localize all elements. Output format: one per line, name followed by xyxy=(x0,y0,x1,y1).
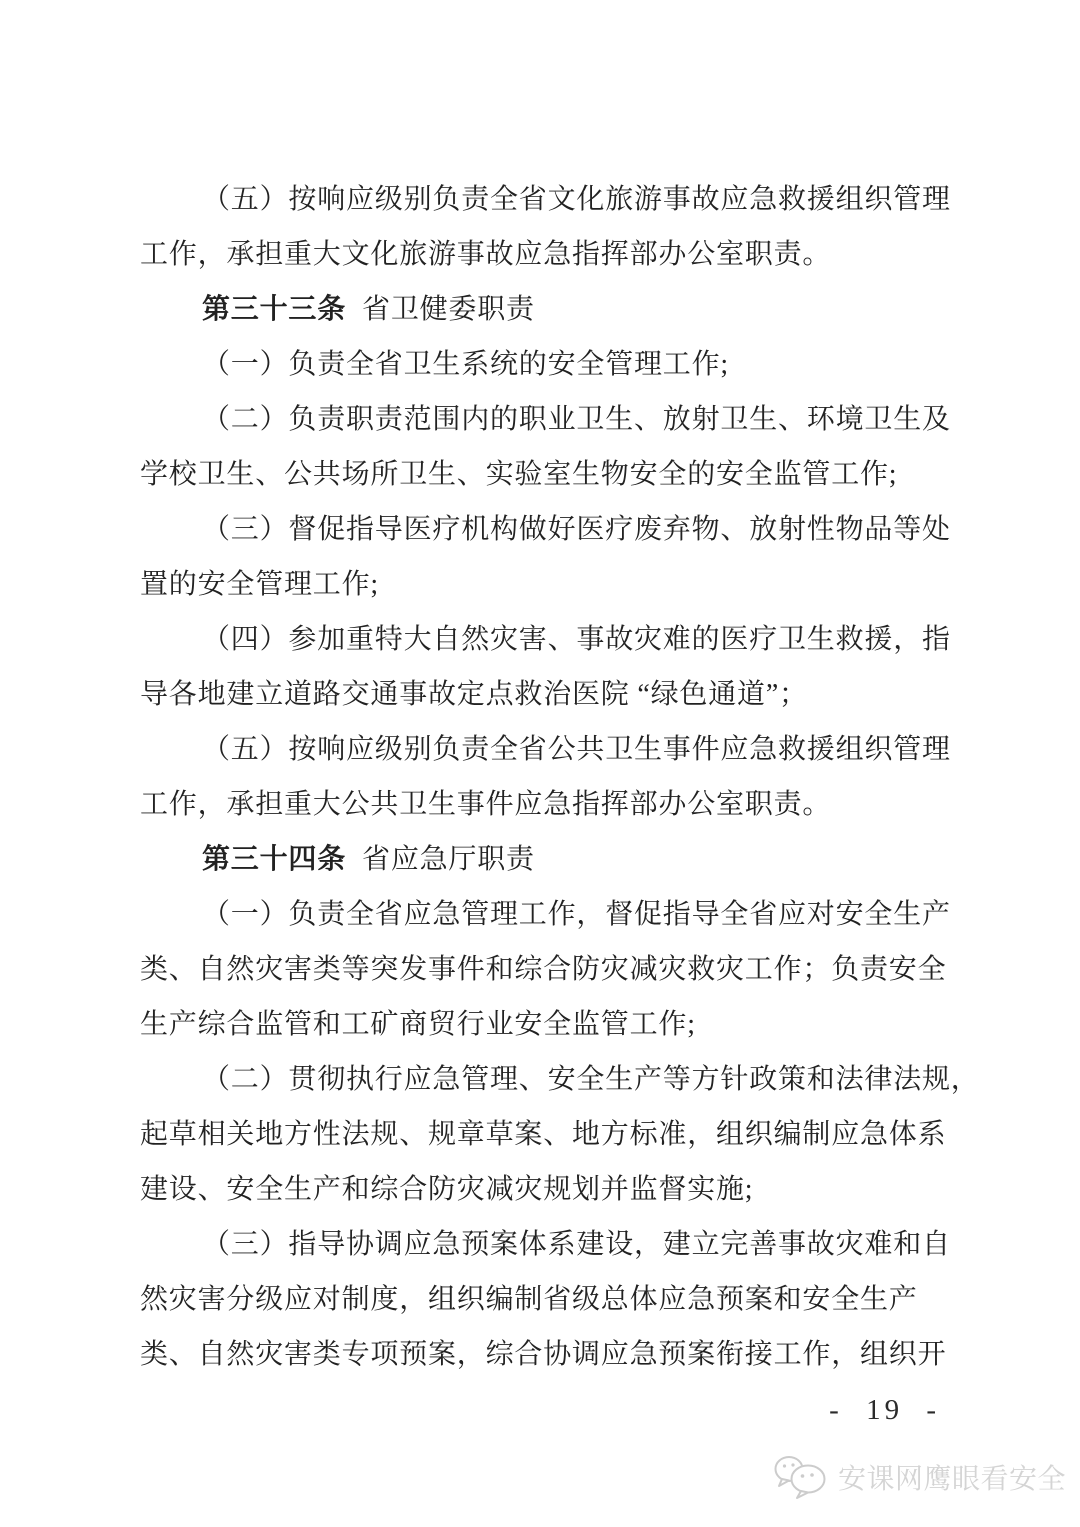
text-line: 建设、安全生产和综合防灾减灾规划并监督实施; xyxy=(140,1162,970,1217)
text-line: 导各地建立道路交通事故定点救治医院 “绿色通道”； xyxy=(140,667,970,722)
text-line: 起草相关地方性法规、规章草案、地方标准，组织编制应急体系 xyxy=(140,1107,970,1162)
text-line: 工作，承担重大文化旅游事故应急指挥部办公室职责。 xyxy=(140,227,970,282)
article-number: 第三十三条 xyxy=(202,294,346,325)
text-line: 生产综合监管和工矿商贸行业安全监管工作; xyxy=(140,997,970,1052)
document-page: （五）按响应级别负责全省文化旅游事故应急救援组织管理工作，承担重大文化旅游事故应… xyxy=(0,0,1080,1527)
text-line: （三）指导协调应急预案体系建设，建立完善事故灾难和自 xyxy=(140,1217,970,1272)
text-line: 然灾害分级应对制度，组织编制省级总体应急预案和安全生产 xyxy=(140,1272,970,1327)
article-title: 省应急厅职责 xyxy=(362,844,535,875)
text-line: （五）按响应级别负责全省文化旅游事故应急救援组织管理 xyxy=(140,172,970,227)
wechat-icon xyxy=(772,1450,830,1504)
text-line: （三）督促指导医疗机构做好医疗废弃物、放射性物品等处 xyxy=(140,502,970,557)
page-number: - 19 - xyxy=(829,1390,940,1430)
document-body: （五）按响应级别负责全省文化旅游事故应急救援组织管理工作，承担重大文化旅游事故应… xyxy=(140,172,970,1382)
text-line: （四）参加重特大自然灾害、事故灾难的医疗卫生救援，指 xyxy=(140,612,970,667)
text-line: 学校卫生、公共场所卫生、实验室生物安全的安全监管工作; xyxy=(140,447,970,502)
text-line: 工作，承担重大公共卫生事件应急指挥部办公室职责。 xyxy=(140,777,970,832)
text-line: 置的安全管理工作; xyxy=(140,557,970,612)
text-line: （一）负责全省应急管理工作，督促指导全省应对安全生产 xyxy=(140,887,970,942)
watermark-text: 安课网鹰眼看安全 xyxy=(838,1457,1066,1497)
text-line: （二）贯彻执行应急管理、安全生产等方针政策和法律法规， xyxy=(140,1052,970,1107)
text-line: 类、自然灾害类等突发事件和综合防灾减灾救灾工作；负责安全 xyxy=(140,942,970,997)
text-line: （二）负责职责范围内的职业卫生、放射卫生、环境卫生及 xyxy=(140,392,970,447)
article-heading: 第三十三条省卫健委职责 xyxy=(140,282,970,337)
article-heading: 第三十四条省应急厅职责 xyxy=(140,832,970,887)
article-title: 省卫健委职责 xyxy=(362,294,535,325)
text-line: 类、自然灾害类专项预案，综合协调应急预案衔接工作，组织开 xyxy=(140,1327,970,1382)
watermark: 安课网鹰眼看安全 xyxy=(772,1446,1066,1508)
article-number: 第三十四条 xyxy=(202,844,346,875)
text-line: （一）负责全省卫生系统的安全管理工作; xyxy=(140,337,970,392)
text-line: （五）按响应级别负责全省公共卫生事件应急救援组织管理 xyxy=(140,722,970,777)
